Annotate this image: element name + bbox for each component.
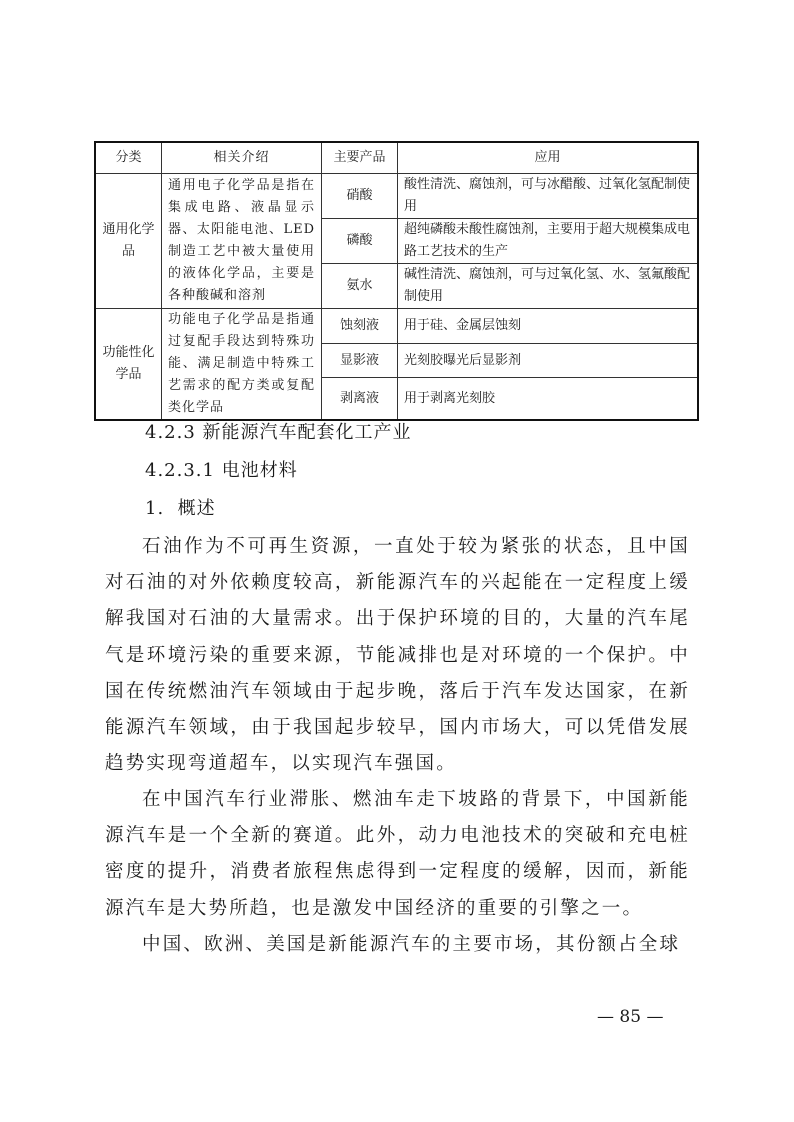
paragraph-1: 石油作为不可再生资源，一直处于较为紧张的状态，且中国对石油的对外依赖度较高，新能… bbox=[105, 529, 690, 782]
product-cell: 硝酸 bbox=[322, 174, 398, 219]
category-cell: 通用化学品 bbox=[95, 174, 162, 309]
application-cell: 用于硅、金属层蚀刻 bbox=[398, 309, 699, 344]
section-heading: 4.2.3 新能源汽车配套化工产业 bbox=[145, 418, 412, 444]
electronic-chemicals-table: 分类 相关介绍 主要产品 应用 通用化学品 通用电子化学品是指在集成电路、液晶显… bbox=[94, 141, 699, 421]
page-number: — 85 — bbox=[597, 1007, 663, 1027]
category-cell: 功能性化学品 bbox=[95, 309, 162, 421]
product-cell: 蚀刻液 bbox=[322, 309, 398, 344]
table-row: 通用化学品 通用电子化学品是指在集成电路、液晶显示器、太阳能电池、LED 制造工… bbox=[95, 174, 698, 219]
table-row: 功能性化学品 功能电子化学品是指通过复配手段达到特殊功能、满足制造中特殊工艺需求… bbox=[95, 309, 698, 344]
product-cell: 磷酸 bbox=[322, 219, 398, 264]
item-heading: 1. 概述 bbox=[145, 494, 216, 520]
product-cell: 显影液 bbox=[322, 343, 398, 378]
description-cell: 通用电子化学品是指在集成电路、液晶显示器、太阳能电池、LED 制造工艺中被大量使… bbox=[162, 174, 322, 309]
table-header-row: 分类 相关介绍 主要产品 应用 bbox=[95, 142, 698, 174]
application-cell: 光刻胶曝光后显影剂 bbox=[398, 343, 699, 378]
header-application: 应用 bbox=[398, 142, 699, 174]
header-product: 主要产品 bbox=[322, 142, 398, 174]
subsection-heading: 4.2.3.1 电池材料 bbox=[145, 456, 298, 482]
application-cell: 酸性清洗、腐蚀剂，可与冰醋酸、过氧化氢配制使用 bbox=[398, 174, 699, 219]
paragraph-3: 中国、欧洲、美国是新能源汽车的主要市场，其份额占全球 bbox=[105, 927, 690, 963]
product-cell: 氨水 bbox=[322, 264, 398, 309]
description-cell: 功能电子化学品是指通过复配手段达到特殊功能、满足制造中特殊工艺需求的配方类或复配… bbox=[162, 309, 322, 421]
header-category: 分类 bbox=[95, 142, 162, 174]
header-description: 相关介绍 bbox=[162, 142, 322, 174]
paragraph-2: 在中国汽车行业滞胀、燃油车走下坡路的背景下，中国新能源汽车是一个全新的赛道。此外… bbox=[105, 782, 690, 927]
application-cell: 碱性清洗、腐蚀剂，可与过氧化氢、水、氢氟酸配制使用 bbox=[398, 264, 699, 309]
application-cell: 超纯磷酸未酸性腐蚀剂，主要用于超大规模集成电路工艺技术的生产 bbox=[398, 219, 699, 264]
application-cell: 用于剥离光刻胶 bbox=[398, 378, 699, 420]
product-cell: 剥离液 bbox=[322, 378, 398, 420]
